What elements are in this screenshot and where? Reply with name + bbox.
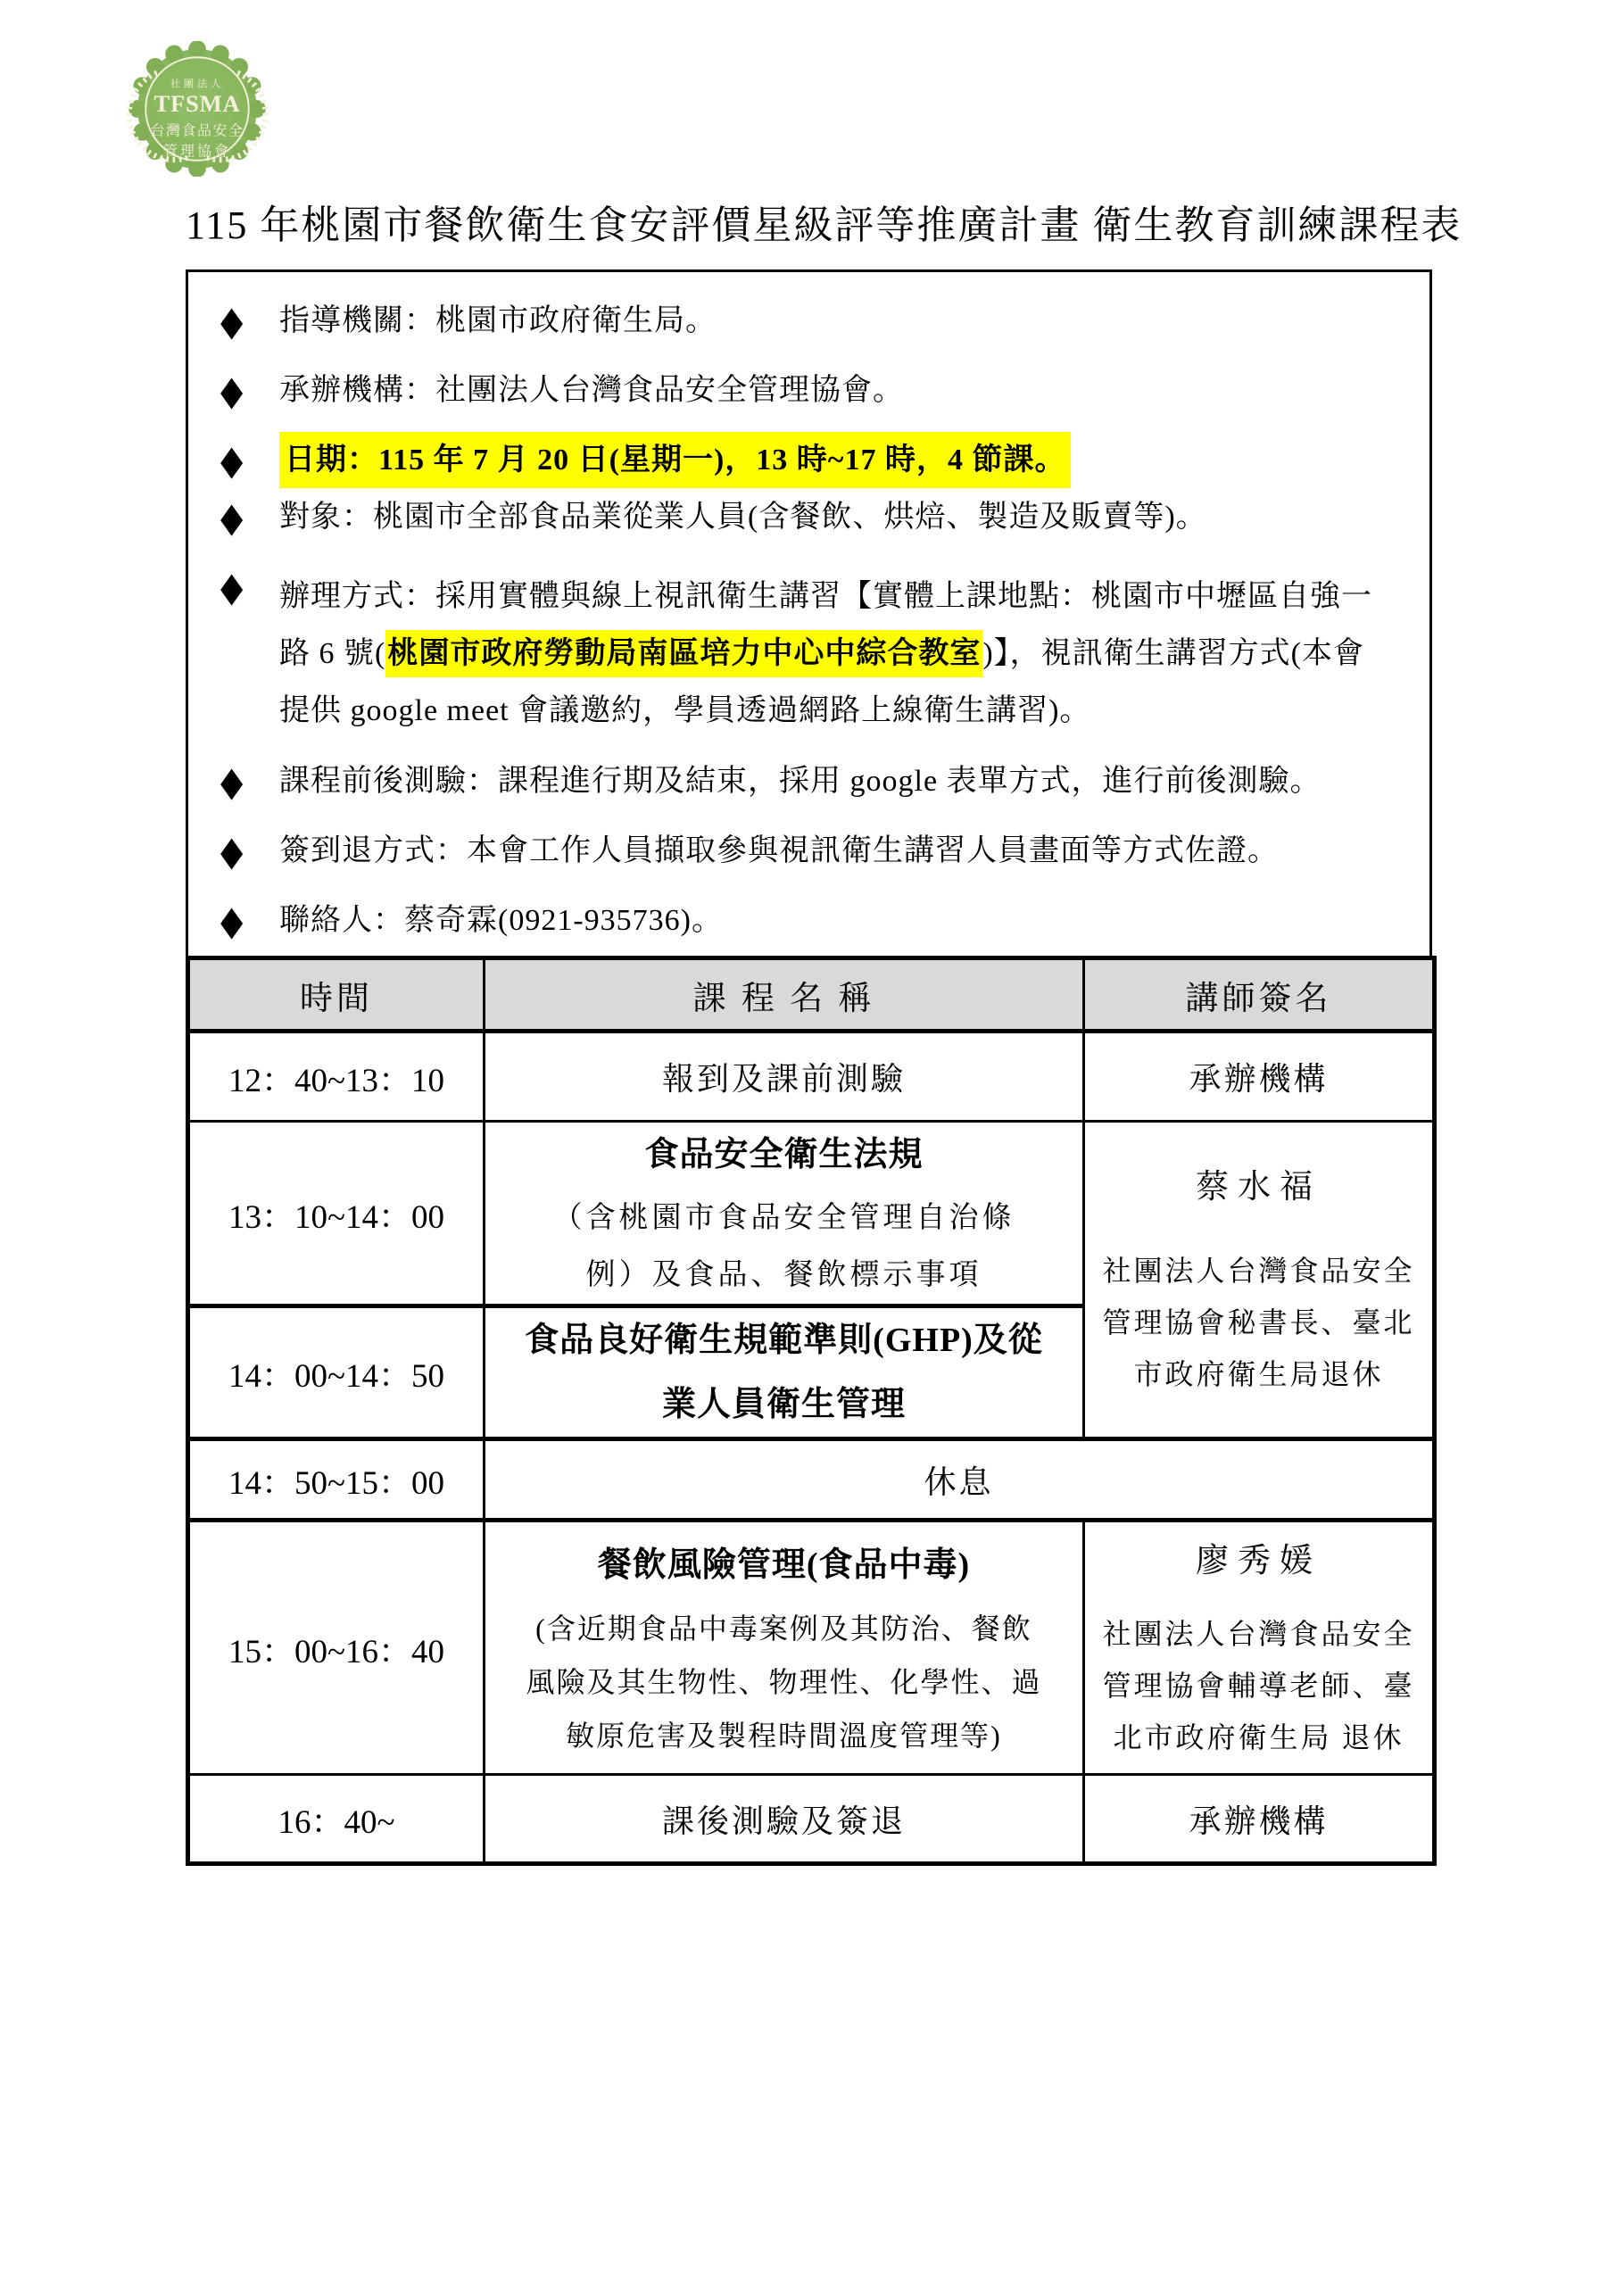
method-line-1: 辦理方式：採用實體與線上視訊衛生講習【實體上課地點：桃園市中壢區自強一: [279, 568, 1372, 626]
col-header-course-name: 課 程 名 稱: [485, 958, 1084, 1032]
table-header-row: 時間 課 程 名 稱 講師簽名: [188, 958, 1435, 1032]
instructor-title-line: 社團法人台灣食品安全: [1090, 1608, 1427, 1660]
course-description-line: （含桃園市食品安全管理自治條: [491, 1189, 1077, 1247]
logo-acronym: TFSMA: [154, 90, 241, 117]
diamond-bullet-icon: ◆: [220, 566, 269, 609]
table-row-break: 14：50~15：00 休息: [188, 1439, 1435, 1521]
course-description-line: 風險及其生物性、物理性、化學性、過: [491, 1655, 1077, 1709]
venue-highlighted-text: 桃園市政府勞動局南區培力中心中綜合教室: [385, 630, 982, 677]
diamond-bullet-icon: ◆: [220, 496, 269, 539]
logo-name-line2: 管理協會: [163, 143, 231, 159]
instructor-title-line: 北市政府衛生局 退休: [1090, 1712, 1427, 1763]
date-highlighted-text: 日期：115 年 7 月 20 日(星期一)，13 時~17 時，4 節課。: [279, 432, 1071, 488]
bullet-text: 指導機關：桃園市政府衛生局。: [279, 303, 717, 340]
col-header-time: 時間: [188, 958, 485, 1032]
logo-org-type: 社團法人: [170, 78, 225, 90]
time-cell: 16：40~: [188, 1775, 485, 1864]
bullet-item-sign-in-out: ◆ 簽到退方式：本會工作人員擷取參與視訊衛生講習人員畫面等方式佐證。: [220, 833, 1410, 870]
course-title: 食品良好衛生規範準則(GHP)及從 業人員衛生管理: [491, 1308, 1077, 1437]
table-row-checkin: 12：40~13：10 報到及課前測驗 承辦機構: [188, 1032, 1435, 1122]
instructor-cell-merged: 蔡水福 社團法人台灣食品安全 管理協會秘書長、臺北 市政府衛生局退休: [1084, 1122, 1435, 1439]
instructor-title-line: 社團法人台灣食品安全: [1090, 1245, 1427, 1297]
bullet-text: 聯絡人：蔡奇霖(0921-935736)。: [279, 902, 723, 940]
course-cell: 餐飲風險管理(食品中毒) (含近期食品中毒案例及其防治、餐飲 風險及其生物性、物…: [485, 1521, 1084, 1775]
instructor-title: 社團法人台灣食品安全 管理協會秘書長、臺北 市政府衛生局退休: [1090, 1245, 1427, 1400]
diamond-bullet-icon: ◆: [220, 439, 269, 482]
bullet-text: 承辦機構：社團法人台灣食品安全管理協會。: [279, 372, 904, 410]
course-cell: 食品良好衛生規範準則(GHP)及從 業人員衛生管理: [485, 1306, 1084, 1439]
bullet-item-method: ◆ 辦理方式：採用實體與線上視訊衛生講習【實體上課地點：桃園市中壢區自強一 路 …: [220, 568, 1410, 740]
instructor-title: 社團法人台灣食品安全 管理協會輔導老師、臺 北市政府衛生局 退休: [1090, 1608, 1427, 1763]
method-line-2: 路 6 號(桃園市政府勞動局南區培力中心中綜合教室)】，視訊衛生講習方式(本會: [279, 626, 1372, 683]
time-cell: 13：10~14：00: [188, 1122, 485, 1306]
time-cell: 14：50~15：00: [188, 1439, 485, 1521]
tfsma-logo-seal: 社團法人 TFSMA 台灣食品安全 管理協會: [123, 41, 271, 177]
page-title: 115 年桃園市餐飲衛生食安評價星級評等推廣計畫 衛生教育訓練課程表: [186, 193, 1432, 250]
course-description-line: 例）及食品、餐飲標示事項: [491, 1247, 1077, 1304]
info-box: ◆ 指導機關：桃園市政府衛生局。 ◆ 承辦機構：社團法人台灣食品安全管理協會。 …: [186, 269, 1432, 956]
table-row-food-safety-law: 13：10~14：00 食品安全衛生法規 （含桃園市食品安全管理自治條 例）及食…: [188, 1122, 1435, 1306]
bullet-text: 課程前後測驗：課程進行期及結束，採用 google 表單方式，進行前後測驗。: [279, 763, 1322, 800]
break-cell: 休息: [485, 1439, 1435, 1521]
method-line-2-post: )】，視訊衛生講習方式(本會: [982, 637, 1364, 670]
instructor-cell: 廖秀媛 社團法人台灣食品安全 管理協會輔導老師、臺 北市政府衛生局 退休: [1084, 1521, 1435, 1775]
course-title: 餐飲風險管理(食品中毒): [491, 1534, 1077, 1596]
instructor-title-line: 管理協會秘書長、臺北: [1090, 1297, 1427, 1348]
bullet-text: 對象：桃園市全部食品業從業人員(含餐飲、烘焙、製造及販賣等)。: [279, 499, 1207, 536]
schedule-table: 時間 課 程 名 稱 講師簽名 12：40~13：10 報到及課前測驗 承辦機構…: [186, 956, 1437, 1866]
course-title-line: 業人員衛生管理: [491, 1372, 1077, 1437]
time-cell: 14：00~14：50: [188, 1306, 485, 1439]
diamond-bullet-icon: ◆: [220, 899, 269, 942]
course-title-line: 食品良好衛生規範準則(GHP)及從: [491, 1308, 1077, 1372]
instructor-cell: 承辦機構: [1084, 1775, 1435, 1864]
course-description-line: (含近期食品中毒案例及其防治、餐飲: [491, 1602, 1077, 1655]
table-row-post-test: 16：40~ 課後測驗及簽退 承辦機構: [188, 1775, 1435, 1864]
bullet-item-organizer: ◆ 承辦機構：社團法人台灣食品安全管理協會。: [220, 372, 1410, 410]
method-line-2-pre: 路 6 號(: [279, 637, 385, 670]
bullet-item-contact: ◆ 聯絡人：蔡奇霖(0921-935736)。: [220, 902, 1410, 940]
course-description: (含近期食品中毒案例及其防治、餐飲 風險及其生物性、物理性、化學性、過 敏原危害…: [491, 1602, 1077, 1762]
instructor-title-line: 市政府衛生局退休: [1090, 1348, 1427, 1400]
bullet-item-supervising-agency: ◆ 指導機關：桃園市政府衛生局。: [220, 303, 1410, 340]
col-header-instructor-signature: 講師簽名: [1084, 958, 1435, 1032]
method-line-3: 提供 google meet 會議邀約，學員透過網路上線衛生講習)。: [279, 683, 1372, 740]
course-cell: 課後測驗及簽退: [485, 1775, 1084, 1864]
instructor-cell: 承辦機構: [1084, 1032, 1435, 1122]
diamond-bullet-icon: ◆: [220, 760, 269, 803]
time-cell: 15：00~16：40: [188, 1521, 485, 1775]
instructor-title-line: 管理協會輔導老師、臺: [1090, 1660, 1427, 1712]
course-cell: 食品安全衛生法規 （含桃園市食品安全管理自治條 例）及食品、餐飲標示事項: [485, 1122, 1084, 1306]
instructor-name: 蔡水福: [1090, 1159, 1427, 1207]
diamond-bullet-icon: ◆: [220, 830, 269, 873]
instructor-name: 廖秀媛: [1090, 1533, 1427, 1581]
bullet-item-date: ◆ 日期：115 年 7 月 20 日(星期一)，13 時~17 時，4 節課。: [220, 442, 1410, 479]
bullet-item-target-audience: ◆ 對象：桃園市全部食品業從業人員(含餐飲、烘焙、製造及販賣等)。: [220, 499, 1410, 536]
diamond-bullet-icon: ◆: [220, 369, 269, 412]
diamond-bullet-icon: ◆: [220, 300, 269, 343]
bullet-text: 簽到退方式：本會工作人員擷取參與視訊衛生講習人員畫面等方式佐證。: [279, 833, 1279, 870]
bullet-item-pre-post-test: ◆ 課程前後測驗：課程進行期及結束，採用 google 表單方式，進行前後測驗。: [220, 763, 1410, 800]
time-cell: 12：40~13：10: [188, 1032, 485, 1122]
course-description-line: 敏原危害及製程時間溫度管理等): [491, 1709, 1077, 1762]
course-description: （含桃園市食品安全管理自治條 例）及食品、餐飲標示事項: [491, 1189, 1077, 1304]
course-title: 食品安全衛生法規: [491, 1123, 1077, 1186]
course-cell: 報到及課前測驗: [485, 1032, 1084, 1122]
logo-name-line1: 台灣食品安全: [151, 123, 244, 139]
table-row-risk-management: 15：00~16：40 餐飲風險管理(食品中毒) (含近期食品中毒案例及其防治、…: [188, 1521, 1435, 1775]
